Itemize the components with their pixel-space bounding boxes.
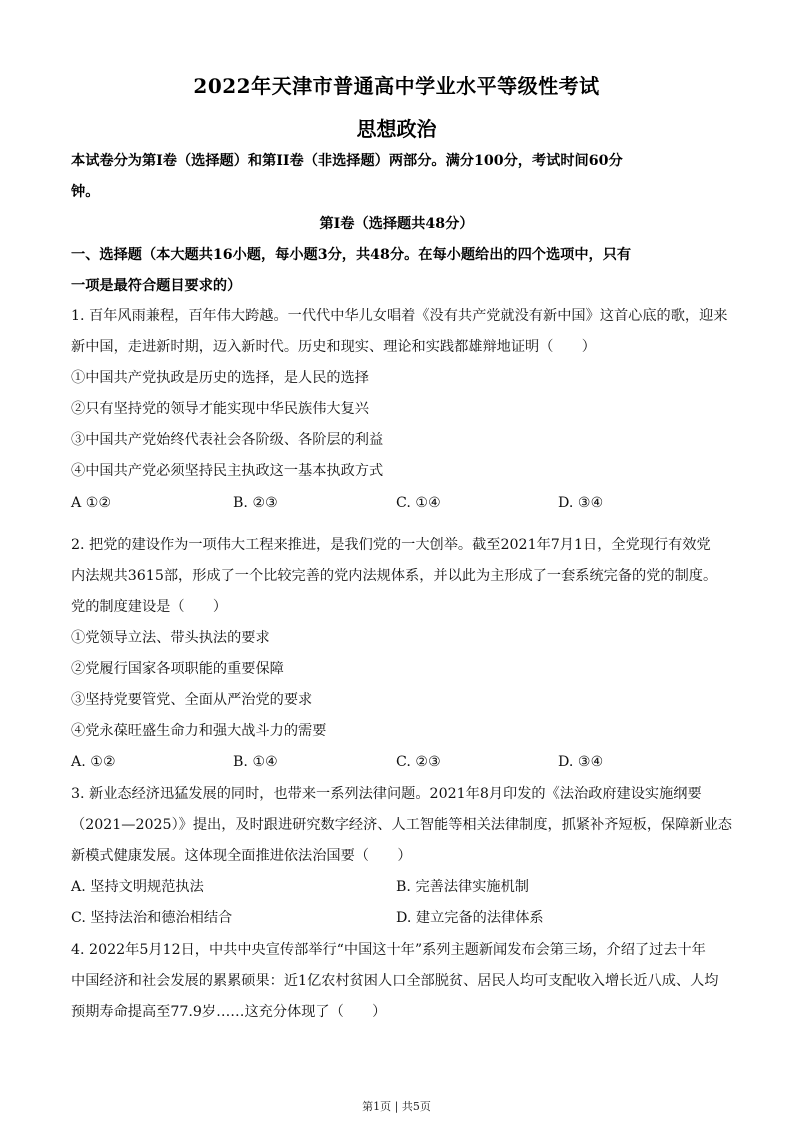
option-d: D. ③④ — [558, 493, 603, 513]
statement: ①中国共产党执政是历史的选择，是人民的选择 — [71, 368, 369, 388]
option-a: A ①② — [71, 493, 111, 513]
question-stem: （2021—2025）》提出，及时跟进研究数字经济、人工智能等相关法律制度，抓紧… — [71, 815, 732, 835]
question-stem: 预期寿命提高至77.9岁……这充分体现了（ ） — [71, 1002, 386, 1022]
statement: ②只有坚持党的领导才能实现中华民族伟大复兴 — [71, 399, 369, 419]
statement: ③坚持党要管党、全面从严治党的要求 — [71, 690, 312, 710]
question-stem: 内法规共3615部，形成了一个比较完善的党内法规体系，并以此为主形成了一套系统完… — [71, 566, 717, 586]
statement: ②党履行国家各项职能的重要保障 — [71, 659, 284, 679]
section-instruction-2: 一项是最符合题目要求的） — [71, 276, 241, 296]
question-stem: 新模式健康发展。这体现全面推进依法治国要（ ） — [71, 846, 412, 866]
question-stem: 中国经济和社会发展的累累硕果：近1亿农村贫困人口全部脱贫、居民人均可支配收入增长… — [71, 971, 718, 991]
option-c: C. ①④ — [396, 493, 441, 513]
question-stem: 2. 把党的建设作为一项伟大工程来推进，是我们党的一大创举。截至2021年7月1… — [71, 535, 711, 555]
option-c: C. ②③ — [396, 752, 441, 772]
statement: ④中国共产党必须坚持民主执政这一基本执政方式 — [71, 461, 383, 481]
statement: ①党领导立法、带头执法的要求 — [71, 628, 270, 648]
question-stem: 党的制度建设是（ ） — [71, 597, 227, 617]
statement: ④党永葆旺盛生命力和强大战斗力的需要 — [71, 721, 326, 741]
option-b: B. ②③ — [233, 493, 278, 513]
section-instruction-1: 一、选择题（本大题共16小题，每小题3分，共48分。在每小题给出的四个选项中，只… — [71, 245, 631, 265]
question-stem: 1. 百年风雨兼程，百年伟大跨越。一代代中华儿女唱着《没有共产党就没有新中国》这… — [71, 306, 728, 326]
option-c: C. 坚持法治和德治相结合 — [71, 908, 232, 928]
statement: ③中国共产党始终代表社会各阶级、各阶层的利益 — [71, 430, 383, 450]
option-a: A. 坚持文明规范执法 — [71, 877, 204, 897]
option-b: B. ①④ — [233, 752, 278, 772]
question-stem: 4. 2022年5月12日，中共中央宣传部举行“中国这十年”系列主题新闻发布会第… — [71, 940, 706, 960]
option-b: B. 完善法律实施机制 — [396, 877, 529, 897]
option-a: A. ①② — [71, 752, 116, 772]
page-footer: 第1页 | 共5页 — [0, 1098, 793, 1114]
intro-line-1: 本试卷分为第Ⅰ卷（选择题）和第II卷（非选择题）两部分。满分100分，考试时间6… — [71, 151, 623, 171]
option-d: D. 建立完备的法律体系 — [396, 908, 544, 928]
section-title: 第Ⅰ卷（选择题共48分） — [0, 214, 793, 234]
question-stem: 3. 新业态经济迅猛发展的同时，也带来一系列法律问题。2021年8月印发的《法治… — [71, 784, 702, 804]
exam-page: 2022年天津市普通高中学业水平等级性考试 思想政治 本试卷分为第Ⅰ卷（选择题）… — [0, 0, 793, 1122]
question-stem: 新中国，走进新时期，迈入新时代。历史和现实、理论和实践都雄辩地证明（ ） — [71, 337, 596, 357]
exam-title: 2022年天津市普通高中学业水平等级性考试 — [0, 70, 793, 99]
intro-line-2: 钟。 — [71, 182, 99, 202]
option-d: D. ③④ — [558, 752, 603, 772]
subject-title: 思想政治 — [0, 113, 793, 142]
